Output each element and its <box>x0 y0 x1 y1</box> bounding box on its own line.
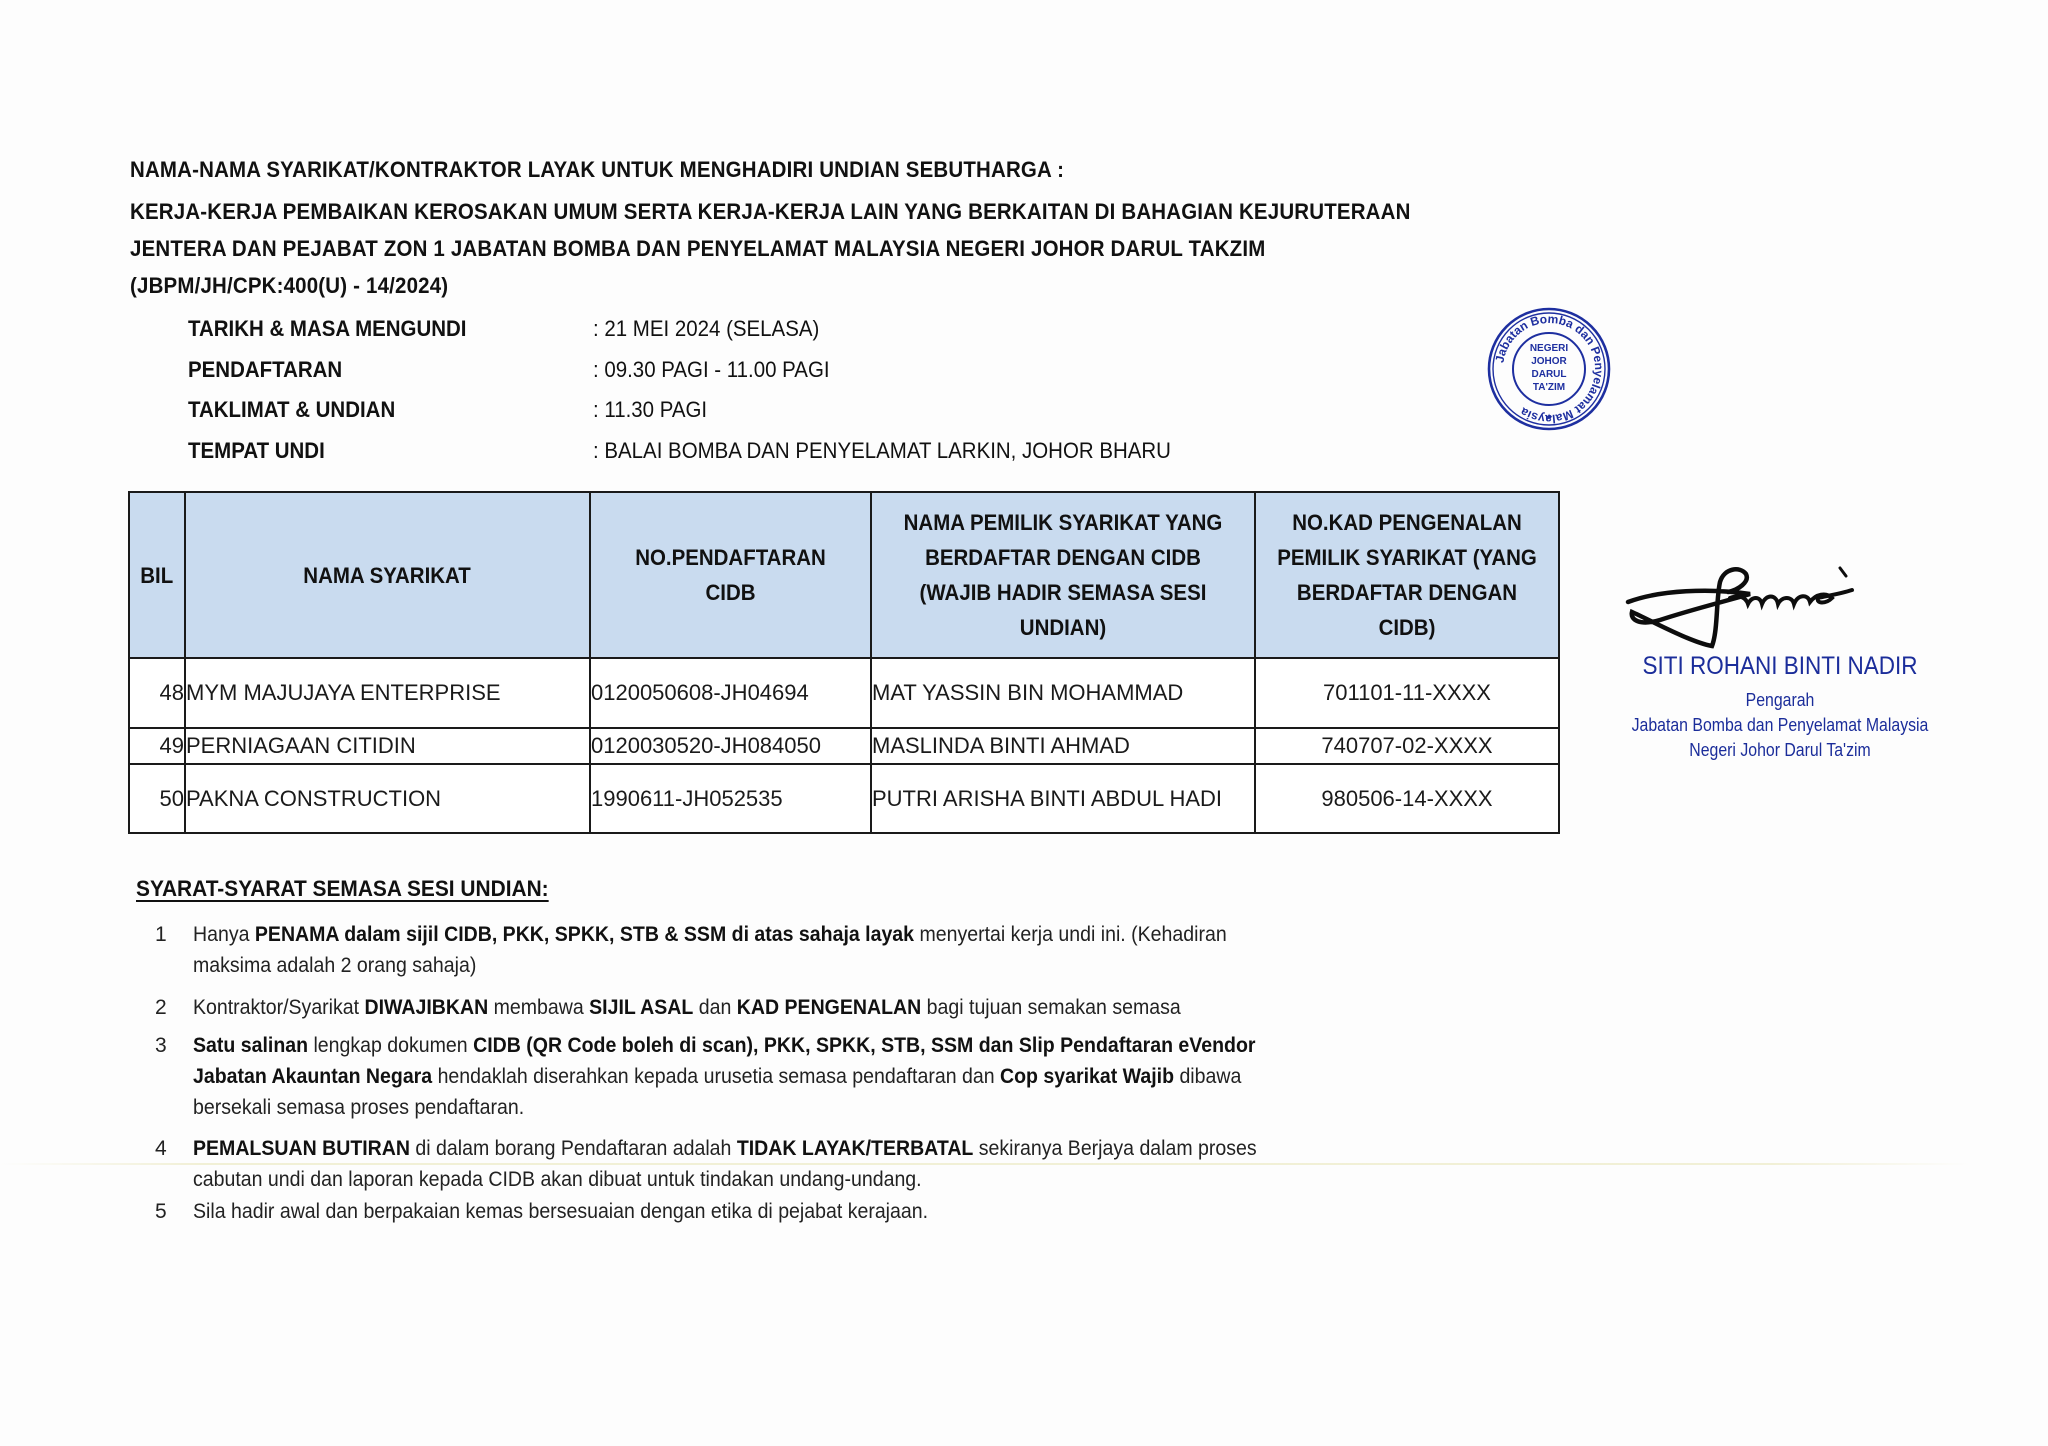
signatory-state: Negeri Johor Darul Ta'zim <box>1595 740 1965 761</box>
eligible-contractors-table: BIL NAMA SYARIKAT NO.PENDAFTARAN CIDB NA… <box>128 491 1560 834</box>
condition-number: 5 <box>155 1200 167 1224</box>
info-label-venue: TEMPAT UNDI <box>188 438 325 464</box>
info-value-briefing: : 11.30 PAGI <box>593 397 707 423</box>
condition-text: Kontraktor/Syarikat DIWAJIBKAN membawa S… <box>193 996 1181 1020</box>
stamp-center-line-4: TA'ZIM <box>1533 382 1565 393</box>
condition-text: Sila hadir awal dan berpakaian kemas ber… <box>193 1200 928 1224</box>
signatory-name: SITI ROHANI BINTI NADIR <box>1636 652 1924 681</box>
cell-ic: 701101-11-XXXX <box>1255 658 1559 728</box>
signatory-department: Jabatan Bomba dan Penyelamat Malaysia <box>1595 715 1965 736</box>
condition-text: PEMALSUAN BUTIRAN di dalam borang Pendaf… <box>193 1137 1257 1161</box>
condition-text: Hanya PENAMA dalam sijil CIDB, PKK, SPKK… <box>193 923 1227 947</box>
stamp-star-icon: ★ <box>1545 413 1553 423</box>
stamp-center-line-2: JOHOR <box>1531 356 1567 367</box>
scan-artifact-line <box>0 1163 1970 1165</box>
cell-owner: MAT YASSIN BIN MOHAMMAD <box>871 658 1255 728</box>
title-line-1: NAMA-NAMA SYARIKAT/KONTRAKTOR LAYAK UNTU… <box>130 157 1064 183</box>
info-value-date: : 21 MEI 2024 (SELASA) <box>593 316 819 342</box>
condition-text: maksima adalah 2 orang sahaja) <box>193 954 476 978</box>
info-value-registration: : 09.30 PAGI - 11.00 PAGI <box>593 357 830 383</box>
info-label-registration: PENDAFTARAN <box>188 357 342 383</box>
cell-company: PAKNA CONSTRUCTION <box>185 764 590 833</box>
condition-number: 3 <box>155 1034 167 1058</box>
stamp-center-line-3: DARUL <box>1532 369 1567 380</box>
condition-number: 2 <box>155 996 167 1020</box>
title-line-3: JENTERA DAN PEJABAT ZON 1 JABATAN BOMBA … <box>130 236 1265 262</box>
table-row: 48 MYM MAJUJAYA ENTERPRISE 0120050608-JH… <box>129 658 1559 728</box>
header-company-name: NAMA SYARIKAT <box>185 492 590 658</box>
title-line-2: KERJA-KERJA PEMBAIKAN KEROSAKAN UMUM SER… <box>130 199 1411 225</box>
condition-text: cabutan undi dan laporan kepada CIDB aka… <box>193 1168 922 1192</box>
info-label-briefing: TAKLIMAT & UNDIAN <box>188 397 395 423</box>
cell-cidb: 0120050608-JH04694 <box>590 658 871 728</box>
signature-icon <box>1620 560 1880 660</box>
cell-bil: 50 <box>129 764 185 833</box>
header-cidb-registration: NO.PENDAFTARAN CIDB <box>590 492 871 658</box>
cell-cidb: 0120030520-JH084050 <box>590 728 871 764</box>
official-stamp-icon: Jabatan Bomba dan Penyelamat Malaysia NE… <box>1485 305 1613 433</box>
info-label-date: TARIKH & MASA MENGUNDI <box>188 316 466 342</box>
stamp-center-line-1: NEGERI <box>1530 343 1569 354</box>
cell-cidb: 1990611-JH052535 <box>590 764 871 833</box>
cell-ic: 980506-14-XXXX <box>1255 764 1559 833</box>
cell-owner: MASLINDA BINTI AHMAD <box>871 728 1255 764</box>
cell-owner: PUTRI ARISHA BINTI ABDUL HADI <box>871 764 1255 833</box>
cell-ic: 740707-02-XXXX <box>1255 728 1559 764</box>
cell-company: MYM MAJUJAYA ENTERPRISE <box>185 658 590 728</box>
condition-text: bersekali semasa proses pendaftaran. <box>193 1096 524 1120</box>
header-bil: BIL <box>129 492 185 658</box>
table-header-row: BIL NAMA SYARIKAT NO.PENDAFTARAN CIDB NA… <box>129 492 1559 658</box>
cell-company: PERNIAGAAN CITIDIN <box>185 728 590 764</box>
title-line-4-reference: (JBPM/JH/CPK:400(U) - 14/2024) <box>130 273 448 299</box>
condition-text: Satu salinan lengkap dokumen CIDB (QR Co… <box>193 1034 1255 1058</box>
cell-bil: 49 <box>129 728 185 764</box>
table-row: 50 PAKNA CONSTRUCTION 1990611-JH052535 P… <box>129 764 1559 833</box>
condition-text: Jabatan Akauntan Negara hendaklah disera… <box>193 1065 1241 1089</box>
header-owner-name: NAMA PEMILIK SYARIKAT YANG BERDAFTAR DEN… <box>871 492 1255 658</box>
cell-bil: 48 <box>129 658 185 728</box>
table-row: 49 PERNIAGAAN CITIDIN 0120030520-JH08405… <box>129 728 1559 764</box>
signatory-position: Pengarah <box>1595 690 1965 711</box>
info-value-venue: : BALAI BOMBA DAN PENYELAMAT LARKIN, JOH… <box>593 438 1171 464</box>
conditions-heading: SYARAT-SYARAT SEMASA SESI UNDIAN: <box>136 876 549 902</box>
header-owner-ic: NO.KAD PENGENALAN PEMILIK SYARIKAT (YANG… <box>1255 492 1559 658</box>
condition-number: 1 <box>155 923 167 947</box>
condition-number: 4 <box>155 1137 167 1161</box>
